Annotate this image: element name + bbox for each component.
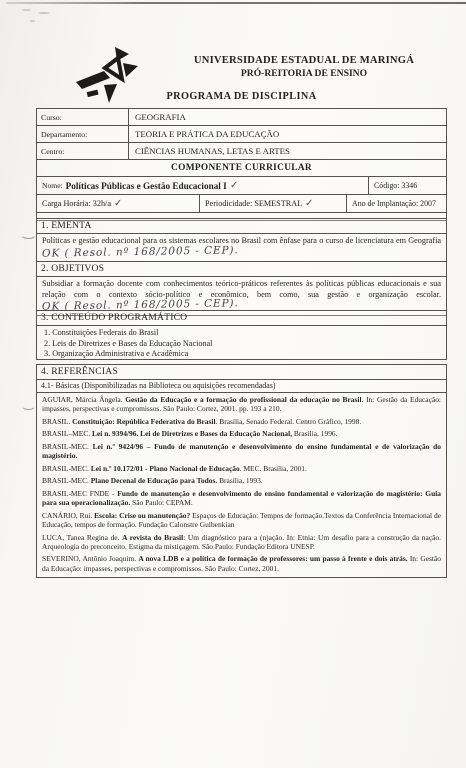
componente-curricular-header: COMPONENTE CURRICULAR — [37, 160, 446, 176]
pencil-smudge — [22, 9, 31, 11]
codigo-cell: Código: 3346 — [368, 177, 446, 194]
nome-cell: Nome: Políticas Públicas e Gestão Educac… — [37, 177, 368, 194]
componente-curricular-header-row: COMPONENTE CURRICULAR — [37, 160, 446, 177]
departamento-value: TEORIA E PRÁTICA DA EDUCAÇÃO — [129, 126, 446, 142]
pencil-smudge — [30, 20, 35, 22]
ref-author: SEVERINO, Antônio Joaquim. — [42, 554, 138, 563]
reference-entry: BRASIL-MEC FNDE - Fundo de manutenção e … — [42, 489, 441, 507]
objetivos-section-title: 2. OBJETIVOS — [37, 262, 446, 277]
ref-detail: . Brasília, Senado Federal. Centro Gráfi… — [216, 417, 362, 426]
reference-entry: BRASIL. Constituição: República Federati… — [42, 417, 441, 426]
carga-horaria-cell: Carga Horária: 32h/a ✓ — [37, 195, 200, 212]
periodicidade-cell: Periodicidade: SEMESTRAL ✓ — [200, 195, 347, 212]
ref-title: Lei n.º 10.172/01 - Plano Nacional de Ed… — [91, 464, 240, 473]
reference-entry: LUCA, Tanea Regina de. A revista do Bras… — [42, 533, 441, 551]
referencias-list: AGUIAR, Márcia Ângela. Gestão da Educaçã… — [37, 393, 446, 577]
centro-row: Centro: CIÊNCIAS HUMANAS, LETAS E ARTES — [37, 143, 446, 160]
reference-entry: BRASIL-MEC. Lei n.º 10.172/01 - Plano Na… — [42, 464, 441, 473]
ref-title: Constituição: República Federativa do Br… — [72, 417, 215, 426]
pencil-arc-mark — [20, 228, 37, 239]
ref-title: Plano Decenal de Educação para Todos. — [91, 476, 217, 485]
objetivos-body: Subsidiar a formação docente com conheci… — [42, 279, 441, 299]
ref-author: BRASIL. — [42, 417, 72, 426]
handwritten-checkmark-icon: ✓ — [114, 198, 123, 209]
letterhead: UNIVERSIDADE ESTADUAL DE MARINGÁ PRÓ-REI… — [150, 55, 458, 79]
nome-codigo-row: Nome: Políticas Públicas e Gestão Educac… — [37, 177, 446, 195]
reference-entry: BRASIL-MEC. Lei n.º 9424/96 – Fundo de m… — [42, 442, 441, 460]
centro-label: Centro: — [37, 143, 129, 159]
conteudo-item: 3. Organização Administrativa e Acadêmic… — [44, 349, 442, 360]
document-title: PROGRAMA DE DISCIPLINA — [36, 91, 447, 102]
ref-author: LUCA, Tanea Regina de. — [42, 533, 122, 542]
conteudo-section-title: 3. CONTEÚDO PROGRAMÁTICO — [37, 311, 446, 326]
conteudo-items: 1. Constituições Federais do Brasil 2. L… — [37, 326, 446, 364]
referencias-section-title: 4. REFERÊNCIAS — [37, 365, 446, 380]
ref-title: Escola: Crise ou manutenção? — [94, 511, 190, 520]
reference-entry: SEVERINO, Antônio Joaquim. A nova LDB e … — [42, 554, 441, 572]
ref-author: BRASIL-MEC FNDE - — [42, 489, 117, 498]
referencias-subtitle: 4.1- Básicas (Disponibilizadas na Biblio… — [37, 380, 446, 393]
referencias-box: 4. REFERÊNCIAS 4.1- Básicas (Disponibili… — [36, 364, 447, 578]
ementa-section-title: 1. EMENTA — [37, 219, 446, 234]
carga-horaria-value: Carga Horária: 32h/a — [42, 199, 111, 208]
centro-value: CIÊNCIAS HUMANAS, LETAS E ARTES — [129, 143, 446, 159]
reference-entry: CANÁRIO, Rui. Escola: Crise ou manutençã… — [42, 511, 441, 529]
reference-entry: BRASIL–MEC. Lei n. 9394/96. Lei de Diret… — [42, 429, 441, 438]
ref-author: BRASIL–MEC. — [42, 429, 92, 438]
scan-artifact-top-line — [6, 2, 466, 4]
handwritten-checkmark-icon: ✓ — [230, 180, 239, 191]
conteudo-item: 1. Constituições Federais do Brasil — [44, 328, 442, 339]
pencil-arc-mark — [21, 400, 36, 410]
pencil-smudge — [38, 12, 50, 14]
conteudo-programatico-box: 3. CONTEÚDO PROGRAMÁTICO 1. Constituiçõe… — [36, 310, 447, 360]
ref-title: Lei n. 9394/96. Lei de Diretrizes e Base… — [92, 429, 292, 438]
ref-detail: Brasília, 1996. — [292, 429, 337, 438]
ano-implantacao-cell: Ano de Implantação: 2007 — [347, 195, 446, 212]
departamento-label: Departamento: — [37, 126, 129, 142]
carga-periodicidade-ano-row: Carga Horária: 32h/a ✓ Periodicidade: SE… — [37, 195, 446, 213]
ref-title: A nova LDB e a política de formação de p… — [138, 554, 407, 563]
ref-title: Gestão da Educação e a formação do profi… — [125, 395, 361, 404]
pro-reitoria-line: PRÓ-REITORIA DE ENSINO — [150, 68, 458, 79]
handwritten-annotation: OK ( Resol. nº 168/2005 - CEP). — [42, 245, 239, 259]
ref-author: BRASIL-MEC. — [42, 442, 93, 451]
ref-author: CANÁRIO, Rui. — [42, 511, 94, 520]
ref-detail: . MEC. Brasília, 2001. — [240, 464, 307, 473]
ref-author: BRASIL-MEC. — [42, 476, 91, 485]
reference-entry: AGUIAR, Márcia Ângela. Gestão da Educaçã… — [42, 395, 441, 413]
ementa-objetivos-box: 1. EMENTA Políticas e gestão educacional… — [36, 218, 447, 316]
nome-label: Nome: — [42, 181, 63, 190]
ementa-body: Políticas e gestão educacional para os s… — [42, 236, 441, 245]
ref-detail: São Paulo: CEPAM. — [130, 498, 193, 507]
ref-title: Lei n.º 9424/96 – Fundo de manutenção e … — [42, 442, 441, 460]
course-info-table: Curso: GEOGRAFIA Departamento: TEORIA E … — [36, 108, 447, 221]
periodicidade-value: Periodicidade: SEMESTRAL — [205, 199, 302, 208]
curso-label: Curso: — [37, 109, 129, 125]
curso-value: GEOGRAFIA — [129, 109, 446, 125]
nome-value: Políticas Públicas e Gestão Educacional … — [66, 181, 227, 191]
handwritten-checkmark-icon: ✓ — [305, 198, 314, 209]
curso-row: Curso: GEOGRAFIA — [37, 109, 446, 126]
conteudo-item: 2. Leis de Diretrizes e Bases da Educaçã… — [44, 339, 442, 350]
ref-author: AGUIAR, Márcia Ângela. — [42, 395, 125, 404]
departamento-row: Departamento: TEORIA E PRÁTICA DA EDUCAÇ… — [37, 126, 446, 143]
reference-entry: BRASIL-MEC. Plano Decenal de Educação pa… — [42, 476, 441, 485]
university-name: UNIVERSIDADE ESTADUAL DE MARINGÁ — [150, 55, 458, 66]
ref-title: A revista do Brasil — [122, 533, 183, 542]
ementa-text: Políticas e gestão educacional para os s… — [37, 234, 446, 262]
ref-detail: Brasília, 1993. — [217, 476, 262, 485]
scanned-document-page: UNIVERSIDADE ESTADUAL DE MARINGÁ PRÓ-REI… — [0, 0, 466, 768]
ref-author: BRASIL-MEC. — [42, 464, 91, 473]
